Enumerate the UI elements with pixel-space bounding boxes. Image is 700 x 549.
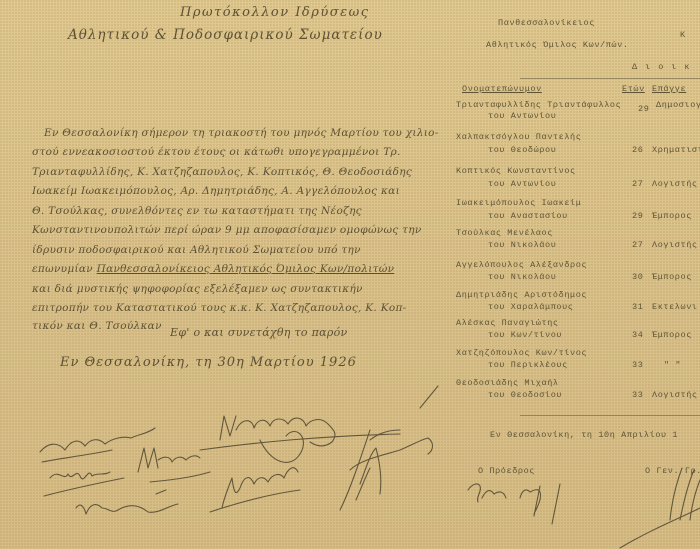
member-age: 33 — [632, 360, 643, 370]
left-title-line-1: Πρωτόκολλον Ιδρύσεως — [180, 5, 370, 20]
column-header-age: Ετών — [622, 84, 645, 94]
member-name: Δημητριάδης Αριστόδημος — [456, 290, 587, 300]
member-age: 34 — [632, 330, 643, 340]
column-header-profession: Επάγγε — [652, 84, 686, 94]
club-name-underlined: Πανθεσσαλονίκειος Αθλητικός Όμιλος Κων/π… — [97, 263, 395, 275]
body-line-with-club-name: επωνυμίαν Πανθεσσαλονίκειος Αθλητικός Όμ… — [32, 263, 394, 275]
member-profession: Εκτελωνι — [652, 302, 698, 312]
member-age: 27 — [632, 179, 643, 189]
body-line: και διά μυστικής ψηφοφορίας εξελέξαμεν ω… — [32, 283, 363, 295]
member-name: Κοπτικός Κωνσταντίνος — [456, 166, 576, 176]
signature-4 — [200, 416, 400, 462]
body-line: επιτροπήν του Καταστατικού τους κ.κ. Κ. … — [32, 302, 407, 314]
member-profession: Λογιστής — [652, 240, 698, 250]
member-age: 26 — [632, 145, 643, 155]
member-father: του Θεοδώρου — [488, 145, 556, 155]
member-father: του Αναστασίου — [488, 211, 568, 221]
president-label: Ο Πρόεδρος — [478, 466, 535, 476]
member-age: 29 — [638, 104, 649, 114]
member-name: Θεοδοσιάδης Μιχαήλ — [456, 378, 559, 388]
member-name: Τσούλκας Μενέλαος — [456, 228, 553, 238]
member-father: του Αντωνίου — [488, 179, 556, 189]
signature-2 — [44, 472, 124, 496]
body-line: Εν Θεσσαλονίκη σήμερον τη τριακοστή του … — [44, 127, 439, 139]
member-age: 30 — [632, 272, 643, 282]
left-title-line-2: Αθλητικού & Ποδοσφαιρικού Σωματείου — [68, 27, 383, 43]
signature-1 — [40, 428, 155, 462]
member-profession: Έμπορος — [652, 211, 692, 221]
member-father: του Κων/τίνου — [488, 330, 562, 340]
member-age: 29 — [632, 211, 643, 221]
member-name: Ιωακειμόπουλος Ιωακείμ — [456, 198, 581, 208]
club-name-line-2: Αθλητικός Όμιλος Κων/πών. — [486, 40, 629, 50]
member-name: Αλέσκας Παναγιώτης — [456, 318, 559, 328]
header-divider — [520, 78, 700, 79]
founding-date: Εν Θεσσαλονίκη, τη 30η Μαρτίου 1926 — [60, 355, 357, 370]
member-profession: " " — [664, 360, 681, 370]
signature-7 — [340, 386, 438, 510]
club-name-line-1: Πανθεσσαλονίκειος — [498, 18, 595, 28]
member-father: του Χαραλάμπους — [488, 302, 574, 312]
body-line: Θ. Τσούλκας, συνελθόντες εν τω καταστήμα… — [32, 205, 362, 217]
member-age: 33 — [632, 390, 643, 400]
corner-heading: Κ Α — [680, 30, 700, 40]
member-age: 31 — [632, 302, 643, 312]
member-father: του Νικολάου — [488, 272, 556, 282]
signature-5 — [138, 448, 210, 494]
member-profession: Λογιστής — [652, 390, 698, 400]
member-profession: Χρηματιστ — [652, 145, 700, 155]
body-line: στού εννεακοσιοστού έκτου έτους οι κάτωθ… — [32, 146, 401, 158]
footer-divider — [520, 415, 700, 416]
registry-date: Εν Θεσσαλονίκη, τη 10η Απριλίου 1 — [490, 430, 678, 440]
signature-3 — [76, 504, 178, 514]
member-age: 27 — [632, 240, 643, 250]
member-name: Τριανταφυλλίδης Τριαντάφυλλος — [456, 100, 621, 110]
member-name: Χαλπακτσόγλου Παντελής — [456, 132, 581, 142]
body-line: τικόν και Θ. Τσούλκαν — [32, 320, 162, 332]
member-profession: Λογιστής — [652, 179, 698, 189]
member-profession: Έμπορος — [652, 272, 692, 282]
section-heading: Διοικ — [632, 62, 698, 72]
column-header-name: Ονοματεπώνυμον — [462, 84, 542, 94]
president-signature — [468, 484, 560, 524]
member-profession: Έμπορος — [652, 330, 692, 340]
closing-statement: Εφ' ο και συνετάχθη το παρόν — [170, 326, 348, 339]
member-father: του Περικλέους — [488, 360, 568, 370]
member-father: του Νικολάου — [488, 240, 556, 250]
body-line: Κωνσταντινουπολιτών περί ώραν 9 μμ αποφα… — [32, 224, 422, 236]
signature-6 — [210, 468, 300, 512]
body-line: Ιωακείμ Ιωακειμόπουλος, Αρ. Δημητριάδης,… — [32, 185, 400, 197]
secretary-label: Ο Γεν. Γρ. — [645, 466, 700, 476]
member-father: του Αντωνίου — [488, 111, 556, 121]
body-line: Τριανταφυλλίδης, Κ. Χατζηζαπουλος, Κ. Κο… — [32, 166, 412, 178]
body-line: ίδρυσιν ποδοσφαιρικού και Αθλητικού Σωμα… — [32, 244, 361, 256]
member-name: Αγγελόπουλος Αλέξανδρος — [456, 260, 587, 270]
member-name: Χατζηζόπουλος Κων/τίνος — [456, 348, 587, 358]
body-line-prefix: επωνυμίαν — [32, 263, 93, 275]
member-profession: Δημοσιογ — [656, 100, 700, 110]
member-father: του Θεοδοσίου — [488, 390, 562, 400]
secretary-signature — [620, 468, 700, 548]
